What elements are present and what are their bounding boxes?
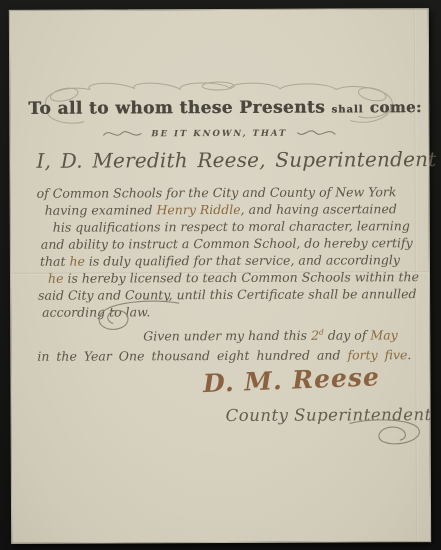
title-end-text: come:: [370, 98, 422, 116]
photo-background: To all to whom these Presents shall come…: [0, 0, 441, 550]
body-line-examined: having examined Henry Riddle, and having…: [45, 201, 397, 218]
dateline: Given under my hand this 2d day of May: [143, 327, 398, 343]
examined-pre-text: having examined: [45, 202, 157, 217]
scroll-flourish-right-icon: [295, 128, 337, 138]
body-line-qualifications: his qualifications in respect to moral c…: [53, 218, 410, 235]
year-words: forty five: [347, 347, 407, 362]
body-line-licensed: he is hereby licensed to teach Common Sc…: [48, 269, 419, 286]
scroll-flourish-left-icon: [101, 129, 143, 139]
given-pre-text: Given under my hand this: [143, 328, 311, 344]
pronoun-he-2: he: [48, 271, 64, 286]
certificate-subtitle: BE IT KNOWN, THAT: [151, 129, 287, 140]
subtitle-row: BE IT KNOWN, THAT: [10, 128, 428, 140]
that-text: that: [40, 254, 70, 269]
signature: D. M. Reese: [201, 362, 382, 398]
year-post-text: .: [407, 347, 411, 362]
day-number: 2: [311, 328, 319, 343]
body-line-ability: and ability to instruct a Common School,…: [41, 235, 413, 252]
certificate-title: To all to whom these Presents shall come…: [28, 97, 422, 119]
title-main-text: To all to whom these Presents: [28, 98, 325, 119]
certificate-document: To all to whom these Presents shall come…: [9, 8, 431, 544]
month-name: May: [370, 327, 397, 342]
document-header: To all to whom these Presents shall come…: [28, 85, 410, 135]
given-mid-text: day of: [324, 328, 371, 343]
licensed-text: is hereby licensed to teach Common Schoo…: [63, 269, 419, 286]
signature-spiral-flourish-icon: [348, 415, 426, 455]
pronoun-he-1: he: [69, 254, 85, 269]
examined-post-text: , and having ascertained: [241, 201, 397, 217]
title-small-text: shall: [331, 104, 363, 115]
examinee-name: Henry Riddle: [156, 202, 240, 217]
opening-line: I, D. Meredith Reese, Superintendent: [36, 147, 436, 173]
duly-text: is duly qualified for that service, and …: [85, 252, 400, 268]
body-line-duly-qualified: that he is duly qualified for that servi…: [40, 252, 400, 269]
body-line-of-schools: of Common Schools for the City and Count…: [37, 184, 397, 201]
year-pre-text: in the Year One thousand eight hundred a…: [37, 347, 347, 363]
year-line: in the Year One thousand eight hundred a…: [37, 347, 411, 364]
